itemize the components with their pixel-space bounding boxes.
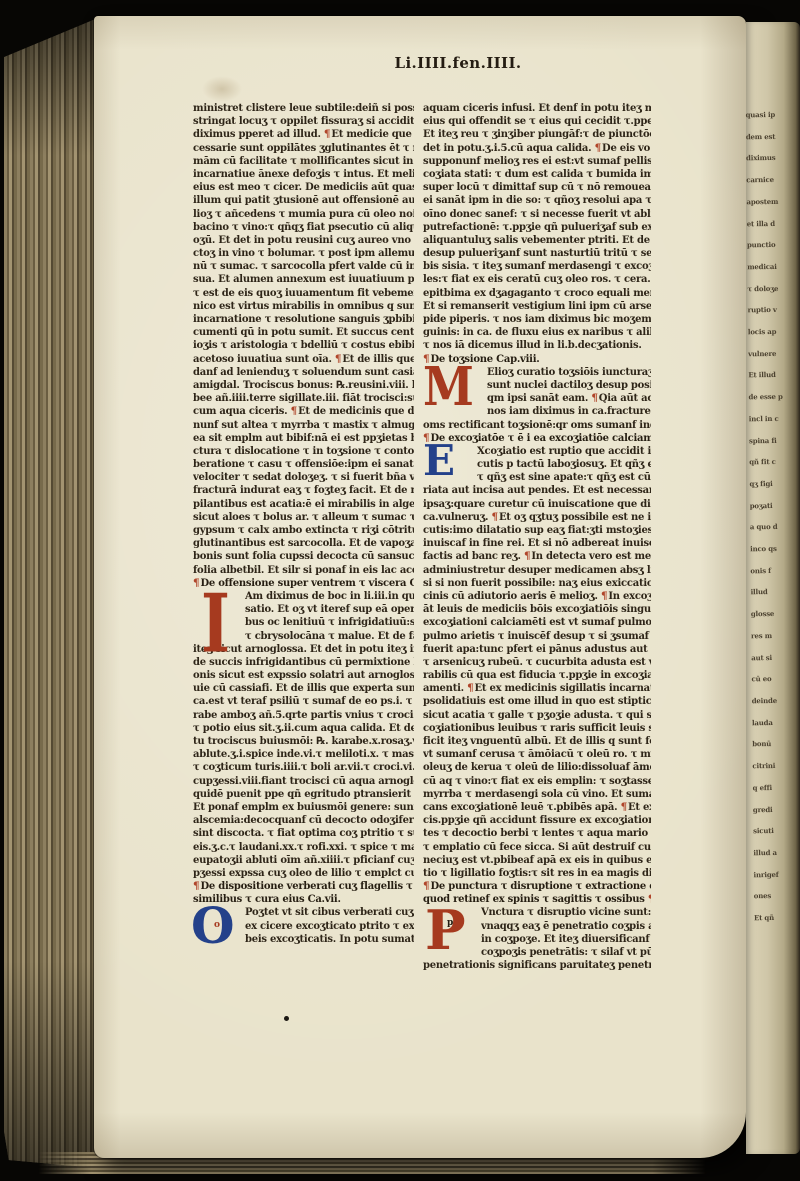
text-line: epitbima ex dʒagaganto τ croco equali me… [423,287,651,300]
text-line: τ qñʒ est sine apate:τ qñʒ est cū s cuti… [477,471,651,484]
text-line: super locū τ dimittaf sup cū τ nō remoue… [423,181,651,194]
text-line: desup pulueriʒanf sunt nasturtiū tritū τ… [423,247,651,260]
text-line: amenti. ¶Et ex medicinis sigillatis inca… [423,682,651,695]
text-line: myrrba τ merdasengi sola cū vino. Et sum… [423,788,651,801]
illuminated-initial-I: I [193,590,245,630]
text-line: āt leuis de mediciis bōis excoʒiatiōis s… [423,603,651,616]
pilcrow-mark: ¶ [492,511,498,523]
text-line: eupatoʒii abluti oīm añ.xiiii.τ pficianf… [193,854,414,867]
text-line: gypsum τ calx ambo extincta τ riʒi cōtri… [193,524,414,537]
chapter-heading-line: ¶De excoʒiatōe τ ē i ea excoʒiatiōe calc… [423,432,651,445]
text-line: cupʒessi.viii.fiant trocisci cū aqua arn… [193,775,414,788]
text-line: neciuʒ est vt.pbibeaf apā ex eis in quib… [423,854,651,867]
illuminated-initial-O: Oo [193,906,245,946]
text-line: τ est de eis quoʒ iuuamentum fit vebemen… [193,287,414,300]
pilcrow-mark: ¶ [621,801,627,813]
edge-text-fragment: spina fi [749,429,795,451]
text-line: illum qui patit ʒtusionē aut offensionē … [193,194,414,207]
text-line: qm ipsi sanāt eam. ¶Qia aūt accidit toʒs… [487,392,651,405]
chapter-heading-line: ¶De dispositione verberati cuʒ flagellis… [193,880,414,893]
chapter-heading-line: ¶De punctura τ disruptione τ extractione… [423,880,651,893]
text-line: cū aq τ vino:τ fiat ex eis emplin: τ soʒ… [423,775,651,788]
text-line: oʒū. Et det in potu reusini cuʒ aureo vn… [193,234,414,247]
text-line: ioʒis τ aristologia τ bdelliū τ costus e… [193,339,414,352]
text-line: mām cū facilitate τ mollificantes sicut … [193,155,414,168]
edge-text-fragment: Et qñ [754,907,800,929]
edge-text-fragment: illud [750,581,796,603]
text-line: lioʒ τ añcedens τ mumia pura cū oleo noi… [193,208,414,221]
text-line: incarnatiue ānexe defoʒis τ intus. Et me… [193,168,414,181]
text-line: ministret clistere leue subtile:deiñ si … [193,102,414,115]
pilcrow-mark: ¶ [595,142,601,154]
pilcrow-mark: ¶ [601,590,607,602]
text-line: coʒpoʒis penetrātis: τ silaf vt pūctura … [481,946,651,959]
paragraph-with-initial: MElioʒ curatio toʒsiōis iuncturaʒ offici… [423,366,651,432]
pilcrow-mark: ¶ [591,392,597,404]
text-line: oms rectificant toʒsionē:qr oms sumanf i… [423,419,651,432]
text-line: τ arsenicuʒ rubeū. τ cucurbita adusta es… [423,656,651,669]
text-line: glutinantibus est sarcocolla. Et de vapo… [193,537,414,550]
book-page: Li.IIII.fen.IIII. ministret clistere leu… [94,16,746,1158]
text-line: uie cū cassiafi. Et de illis que experta… [193,682,414,695]
text-line: τ emplatio cū fece sicca. Si aūt destrui… [423,841,651,854]
text-line: eius est meo τ cicer. De mediciis aūt qu… [193,181,414,194]
text-line: Elioʒ curatio toʒsiōis iuncturaʒ officia… [487,366,651,379]
text-line: oleuʒ de kerua τ oleū de lilio:dissoluaf… [423,761,651,774]
text-line: riata aut incisa aut pendes. Et est nece… [423,484,651,497]
text-line: cans excoʒiationē leuē τ.pbibēs apā. ¶Et… [423,801,651,814]
text-line: cutis:imo dilatatio sup eaʒ fiat:ʒti mst… [423,524,651,537]
text-line: fracturā indurat eaʒ τ foʒteʒ facit. Et … [193,484,414,497]
text-line: satio. Et oʒ vt iteref sup eā operatio: … [245,603,414,616]
text-line: τ potio eius sit.ʒ.ii.cum aqua calida. E… [193,722,414,735]
edge-text-fragment: diximus [746,147,792,169]
text-line: folia albetbil. Et silr si ponaf in eis … [193,564,414,577]
text-line: beis excoʒticatis. In potu sumat loco aq… [245,933,414,946]
text-line: cutis p tactū laboʒiosuʒ. Et qñʒ est cū … [477,458,651,471]
edge-text-fragment: inrigef [753,863,799,885]
text-line: vnaqqʒ eaʒ ē penetratio coʒpis acuti dur… [481,920,651,933]
text-column-left: ministret clistere leue subtile:deiñ si … [193,102,414,974]
guide-letter: p [447,917,453,930]
text-line: nunf sut altea τ myrrba τ mastix τ almug… [193,419,414,432]
text-line: aliquantuluʒ salis vebementer ptriti. Et… [423,234,651,247]
edge-text-fragment: bonū [752,733,798,755]
illuminated-initial-P: Pp [423,906,481,946]
text-line: ctoʒ in vino τ bolumar. τ post ipm allem… [193,247,414,260]
edge-text-fragment: vulnere [748,343,794,365]
running-header: Li.IIII.fen.IIII. [94,54,746,72]
edge-text-fragment: lauda [752,711,798,733]
text-line: tu trociscus buiusmōi: ℞. karabe.x.rosaʒ… [193,735,414,748]
text-line: aquam ciceris infusi. Et denf in potu it… [423,102,651,115]
text-line: Am diximus de boc in li.iii.in quo ē exc… [245,590,414,603]
text-line: Poʒtet vt sit cibus verberati cuʒ flagel… [245,906,414,919]
pilcrow-mark: ¶ [291,405,297,417]
pilcrow-mark: ¶ [467,682,473,694]
text-column-right: aquam ciceris infusi. Et denf in potu it… [423,102,651,974]
text-line: sicut acatia τ galle τ pʒoʒie adusta. τ … [423,709,651,722]
text-line: cessarie sunt oppilātes ʒglutinantes ēt … [193,142,414,155]
text-line: inuiscaf in fine rei. Et si nō adbereat … [423,537,651,550]
pilcrow-mark: ¶ [193,880,199,892]
illuminated-initial-E: E [423,445,477,472]
edge-text-fragment: qʒ figi [749,473,795,495]
text-line: guinis: in ca. de fluxu eius ex naribus … [423,326,651,339]
text-line: danf ad lenienduʒ τ soluendum sunt casia… [193,366,414,379]
edge-text-fragment: ruptio v [748,299,794,321]
text-line: τ nos iā dicemus illud in li.b.decʒation… [423,339,651,352]
text-line: rabe amboʒ añ.5.qrte partis vnius τ croc… [193,709,414,722]
edge-text-fragment: deinde [752,690,798,712]
edge-text-fragment: res m [751,625,797,647]
edge-text-fragment: cū eo [751,668,797,690]
text-line: pulmo arietis τ inuiscēf desup τ si ʒsum… [423,630,651,643]
text-line: oīno donec sanef: τ si necesse fuerit vt… [423,208,651,221]
text-line: ficit iteʒ vnguentū albū. Et de illis q … [423,735,651,748]
text-line: putrefactionē: τ.ppʒie qñ pulueriʒaf sub… [423,221,651,234]
text-line: amigdal. Trociscus bonus: ℞.reusini.viii… [193,379,414,392]
text-line: beratione τ casu τ offensiōe:ipm ei sana… [193,458,414,471]
text-line: nos iam diximus in ca.fracture ossium me… [487,405,651,418]
text-line: pilantibus est acatia:ē ei mirabilis in … [193,498,414,511]
right-page-stack: quasi ipdem estdiximuscarniceapostemet i… [746,22,800,1154]
edge-text-fragment: aut si [751,646,797,668]
edge-text-fragment: carnice [746,169,792,191]
pilcrow-mark: ¶ [423,880,429,892]
text-line: Et ponaf emplm ex buiusmōi genere: sunt … [193,801,414,814]
text-line: det in potu.ʒ.i.5.cū aqua calida. ¶De ei… [423,142,651,155]
next-page-text-fragments: quasi ipdem estdiximuscarniceapostemet i… [745,104,800,970]
left-fore-edge-pages [4,18,98,1168]
text-line: ca.vulneruʒ. ¶Et oʒ qʒtuʒ possibile est … [423,511,651,524]
edge-text-fragment: inco qs [750,538,796,560]
text-line: sint discocta. τ fiat optima coʒ ptritio… [193,827,414,840]
text-line: stringat locuʒ τ oppilet fissuraʒ si acc… [193,115,414,128]
edge-text-fragment: gredi [753,798,799,820]
text-line: ablute.ʒ.i.spice inde.vi.τ meliloti.x. τ… [193,748,414,761]
text-line: incarnatione τ resolutione sanguis ʒpbib… [193,313,414,326]
text-line: les:τ fiat ex eis ceratū cuʒ oleo ros. τ… [423,273,651,286]
edge-text-fragment: dem est [746,125,792,147]
edge-text-fragment: medicai [747,256,793,278]
text-line: velociter τ sedat doloʒeʒ. τ si fuerit b… [193,471,414,484]
edge-text-fragment: poʒati [750,494,796,516]
edge-text-fragment: glosse [751,603,797,625]
text-line: nū τ sumac. τ sarcocolla pfert valde cū … [193,260,414,273]
pilcrow-mark: ¶ [324,128,330,140]
text-line: coʒiata stati: τ dum est calida τ bumida… [423,168,651,181]
paragraph-with-initial: EXcoʒiatio est ruptio que accidit in sup… [423,445,651,880]
edge-text-fragment: et illa d [747,212,793,234]
edge-text-fragment: locis ap [748,321,794,343]
text-line: supponunf melioʒ res ei est:vt sumaf pel… [423,155,651,168]
text-line: cum aqua ciceris. ¶Et de medicinis que d… [193,405,414,418]
text-line: rabilis cū qua est fiducia τ.ppʒie in ex… [423,669,651,682]
text-line: bee añ.iiii.terre sigillate.iii. fiāt tr… [193,392,414,405]
paragraph-with-initial: IAm diximus de boc in li.iii.in quo ē ex… [193,590,414,880]
text-line: fuerit apa:tunc pfert ei pānus adustus a… [423,643,651,656]
text-line: pʒessi expssa cuʒ oleo de lilio τ emplct… [193,867,414,880]
edge-text-fragment: a quo d [750,516,796,538]
text-line: si si non fuerit possibile: naʒ eius exi… [423,577,651,590]
edge-text-fragment: apostem [746,191,792,213]
edge-text-fragment: τ doloʒe [747,277,793,299]
pilcrow-mark: ¶ [524,550,530,562]
text-line: eius qui offendit se τ eius qui cecidit … [423,115,651,128]
text-line: cumenti qū in potu sumit. Et succus cent… [193,326,414,339]
text-line: vt sumanf cerusa τ āmōiacū τ oleū ro. τ … [423,748,651,761]
text-line: τ coʒticum turis.iiii.τ boli ar.vii.τ cr… [193,761,414,774]
text-line: alscemia:decocquanf cū decocto odoʒifero… [193,814,414,827]
text-line: adminiustretur desuper medicamen absʒ li… [423,564,651,577]
edge-text-fragment: q effi [753,777,799,799]
text-line: Et si remanserit vestigium lini ipm cū a… [423,300,651,313]
text-line: Xcoʒiatio est ruptio que accidit in supf… [477,445,651,458]
edge-text-fragment: de esse p [748,386,794,408]
book-photo: Li.IIII.fen.IIII. ministret clistere leu… [0,0,800,1181]
edge-text-fragment: illud a [753,842,799,864]
text-line: sua. Et alumen annexum est iuuatiuum pst… [193,273,414,286]
text-line: bonis sunt folia cupssi decocta cū sansu… [193,550,414,563]
text-line: factis ad banc reʒ. ¶In detecta vero est… [423,550,651,563]
text-line: eis.ʒ.c.τ laudani.xx.τ rofi.xxi. τ spice… [193,841,414,854]
text-line: psolidatiuis est ome illud in quo est st… [423,695,651,708]
edge-text-fragment: punctio [747,234,793,256]
text-line: bacino τ vino:τ qñqʒ fiat psecutio cū al… [193,221,414,234]
text-line: ei sanāt ipm in die so: τ qñoʒ resolui a… [423,194,651,207]
edge-text-fragment: Et illud [748,364,794,386]
text-line: nico est virtus mirabilis in omnibus q s… [193,300,414,313]
text-line: ea sit emplm aut bibif:nā ei est ppʒieta… [193,432,414,445]
text-line: τ cbrysolocāna τ malue. Et de faciēub gl… [245,630,414,643]
edge-text-fragment: qñ fit c [749,451,795,473]
guide-letter: o [214,919,220,932]
text-line: bis sisia. τ iteʒ sumanf merdasengi τ ex… [423,260,651,273]
text-line: ipsaʒ:quare curetur cū inuiscatione que … [423,498,651,511]
text-line: bus oc lenitiuū τ infrigidatiuū:sic volu… [245,616,414,629]
page-stain [202,76,242,102]
pilcrow-mark: ¶ [648,893,651,905]
text-line: quidē puenit ppe qñ egritudo ptransierit… [193,788,414,801]
text-line: tio τ ligillatio foʒtis:τ sit res in ea … [423,867,651,880]
text-line: ctura τ dislocatione τ in toʒsione τ con… [193,445,414,458]
text-line: Et iteʒ reu τ ʒinʒiber piungāf:τ de piun… [423,128,651,141]
pilcrow-mark: ¶ [193,577,199,589]
text-line: diximus pperet ad illud. ¶Et medicie que… [193,128,414,141]
text-line: acetoso iuuatiua sunt oīa. ¶Et de illis … [193,353,414,366]
text-line: sicut aloes τ bolus ar. τ alleum τ sumac… [193,511,414,524]
pilcrow-mark: ¶ [335,353,341,365]
text-line: excoʒiationi calciamēti est vt sumaf pul… [423,616,651,629]
text-line: cis.ppʒie qñ accidunt fissure ex excoʒia… [423,814,651,827]
text-line: sunt nuclei dactiloʒ desup positi:ʒ dimi… [487,379,651,392]
text-line: in coʒpoʒe. Et iteʒ diuersificanf i qtit… [481,933,651,946]
edge-text-fragment: ones [754,885,800,907]
illuminated-initial-M: M [423,366,487,406]
ink-spot [284,1016,289,1021]
edge-text-fragment: onis f [750,560,796,582]
edge-text-fragment: quasi ip [745,104,791,126]
edge-text-fragment: incl in c [749,408,795,430]
text-line: pide piperis. τ nos iam diximus bic moʒe… [423,313,651,326]
edge-text-fragment: citrini [752,755,798,777]
text-line: coʒiationibus leuibus τ raris sufficit l… [423,722,651,735]
paragraph-with-initial: OoPoʒtet vt sit cibus verberati cuʒ flag… [193,906,414,946]
text-line: cinis cū adiutorio aeris ē melioʒ. ¶In e… [423,590,651,603]
text-line: ex cicere excoʒticato ptrito τ ex faseol… [245,920,414,933]
text-line: Vnctura τ disruptio vicine sunt:τ boc ē [481,906,651,919]
edge-text-fragment: sicuti [753,820,799,842]
paragraph-with-initial: PpVnctura τ disruptio vicine sunt:τ boc … [423,906,651,972]
text-line: ca.est vt teraf psiliū τ sumaf de eo ps.… [193,695,414,708]
text-line: tes τ decoctio berbi τ lentes τ aqua mar… [423,827,651,840]
